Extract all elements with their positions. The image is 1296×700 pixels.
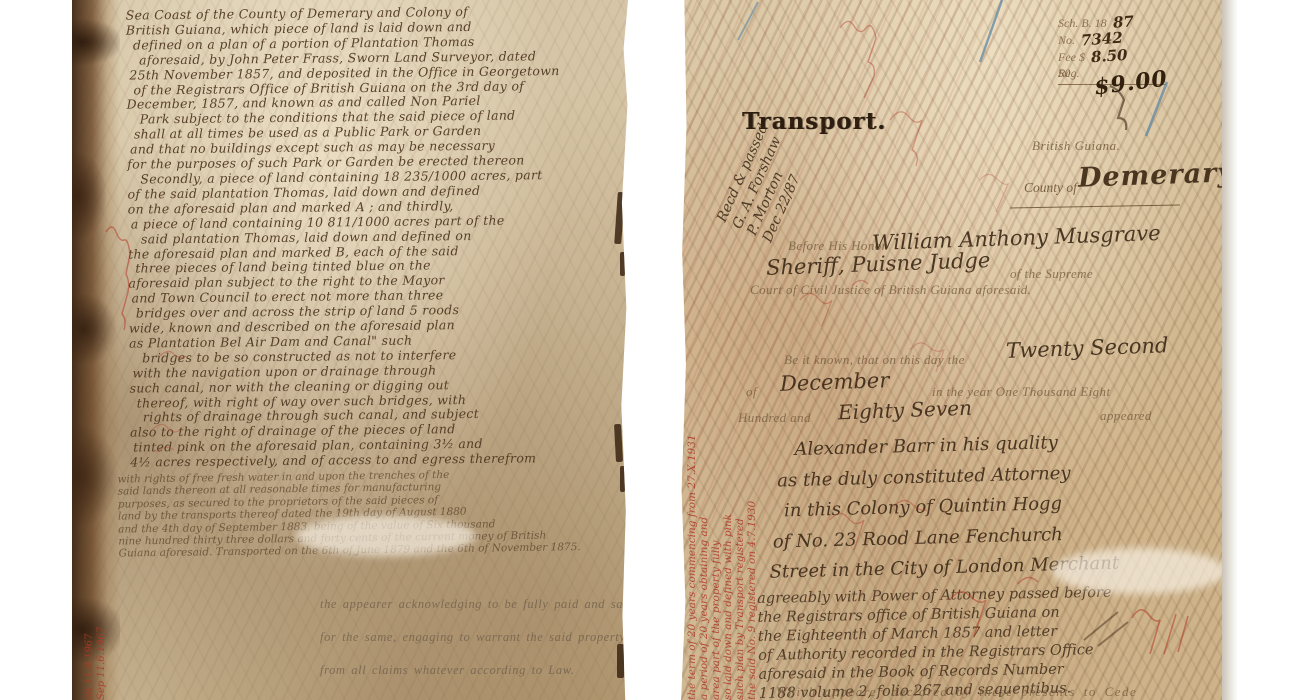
right-page: Sch. B. 18 87 No. 7342 Fee $ 8.50 Reg. 5… xyxy=(680,0,1222,700)
be-it-known-printed: Be it known, that on this day the xyxy=(784,352,965,368)
right-margin-red-notes: the term of 20 years commencing from 27.… xyxy=(686,312,758,700)
red-note-line: a period of 20 years obtaining and xyxy=(698,312,710,700)
receipt-scrawl: Recd & passedG. A. ForshawP. MortonDec 2… xyxy=(714,31,858,245)
county-underline xyxy=(1010,205,1180,209)
next-page-edge xyxy=(1222,0,1238,700)
schedule-label: Sch. B. 18 xyxy=(1058,15,1107,31)
day-handwritten: Twenty Second xyxy=(1006,333,1169,363)
fee-value: 8.50 xyxy=(1090,47,1128,66)
photo-canvas: Sea Coast of the County of Demerary and … xyxy=(0,0,1296,700)
red-note-line: the term of 20 years commencing from 27.… xyxy=(686,312,698,700)
red-note-line: on 11.9.1967 xyxy=(84,560,96,700)
cede-clause-printed: Which appearer declared by these present… xyxy=(776,684,1137,700)
red-note-line: the said No. 9 registered on 4.7.1930 xyxy=(746,312,758,700)
faded-patch xyxy=(1052,548,1222,594)
red-note-line: such plan by Transport registered xyxy=(734,312,746,700)
month-handwritten: December xyxy=(780,368,890,396)
typed-line: the appearer acknowledging to be fully p… xyxy=(320,588,625,621)
fee-label: Fee $ xyxy=(1058,49,1085,65)
blue-pencil-mark xyxy=(980,0,1002,62)
red-note-line: so laid down and defined with pink xyxy=(722,312,734,700)
form-row-schedule: Sch. B. 18 87 xyxy=(1058,14,1218,31)
typed-line: from all claims whatever according to La… xyxy=(320,654,625,687)
year-value-handwritten: Eighty Seven xyxy=(838,396,973,425)
court-line: Court of Civil Justice of British Guiana… xyxy=(750,282,1031,298)
typed-line: for the same, engaging to warrant the sa… xyxy=(320,621,625,654)
red-note-line: Sep 11.6.1967 xyxy=(96,560,108,700)
form-row-number: No. 7342 xyxy=(1058,31,1218,48)
left-page: Sea Coast of the County of Demerary and … xyxy=(72,0,628,700)
colony-heading: British Guiana. xyxy=(1032,138,1120,154)
faded-patch xyxy=(296,516,476,556)
binding-stitch-mark xyxy=(617,644,624,678)
county-value: Demerary xyxy=(1078,157,1222,193)
left-margin-red-note: on 11.9.1967Sep 11.6.1967 xyxy=(84,560,108,700)
reg-value: 50 xyxy=(1058,65,1071,81)
judge-title-printed: of the Supreme xyxy=(1010,266,1093,282)
number-label: No. xyxy=(1058,32,1075,48)
appeared-printed: appeared xyxy=(1100,408,1152,424)
left-typed-text: the appearer acknowledging to be fully p… xyxy=(320,588,625,687)
binding-stitch-mark xyxy=(620,252,625,276)
binding-stitch-mark xyxy=(620,466,625,492)
form-row-fee: Fee $ 8.50 xyxy=(1058,48,1218,65)
county-label: County of xyxy=(1024,180,1077,196)
left-handwritten-text: Sea Coast of the County of Demerary and … xyxy=(126,3,623,470)
blue-pencil-mark xyxy=(738,2,758,40)
right-body-handwritten-small: agreeably with Power of Attorney passed … xyxy=(757,582,1209,700)
red-note-line: area part of the property fully xyxy=(710,312,722,700)
